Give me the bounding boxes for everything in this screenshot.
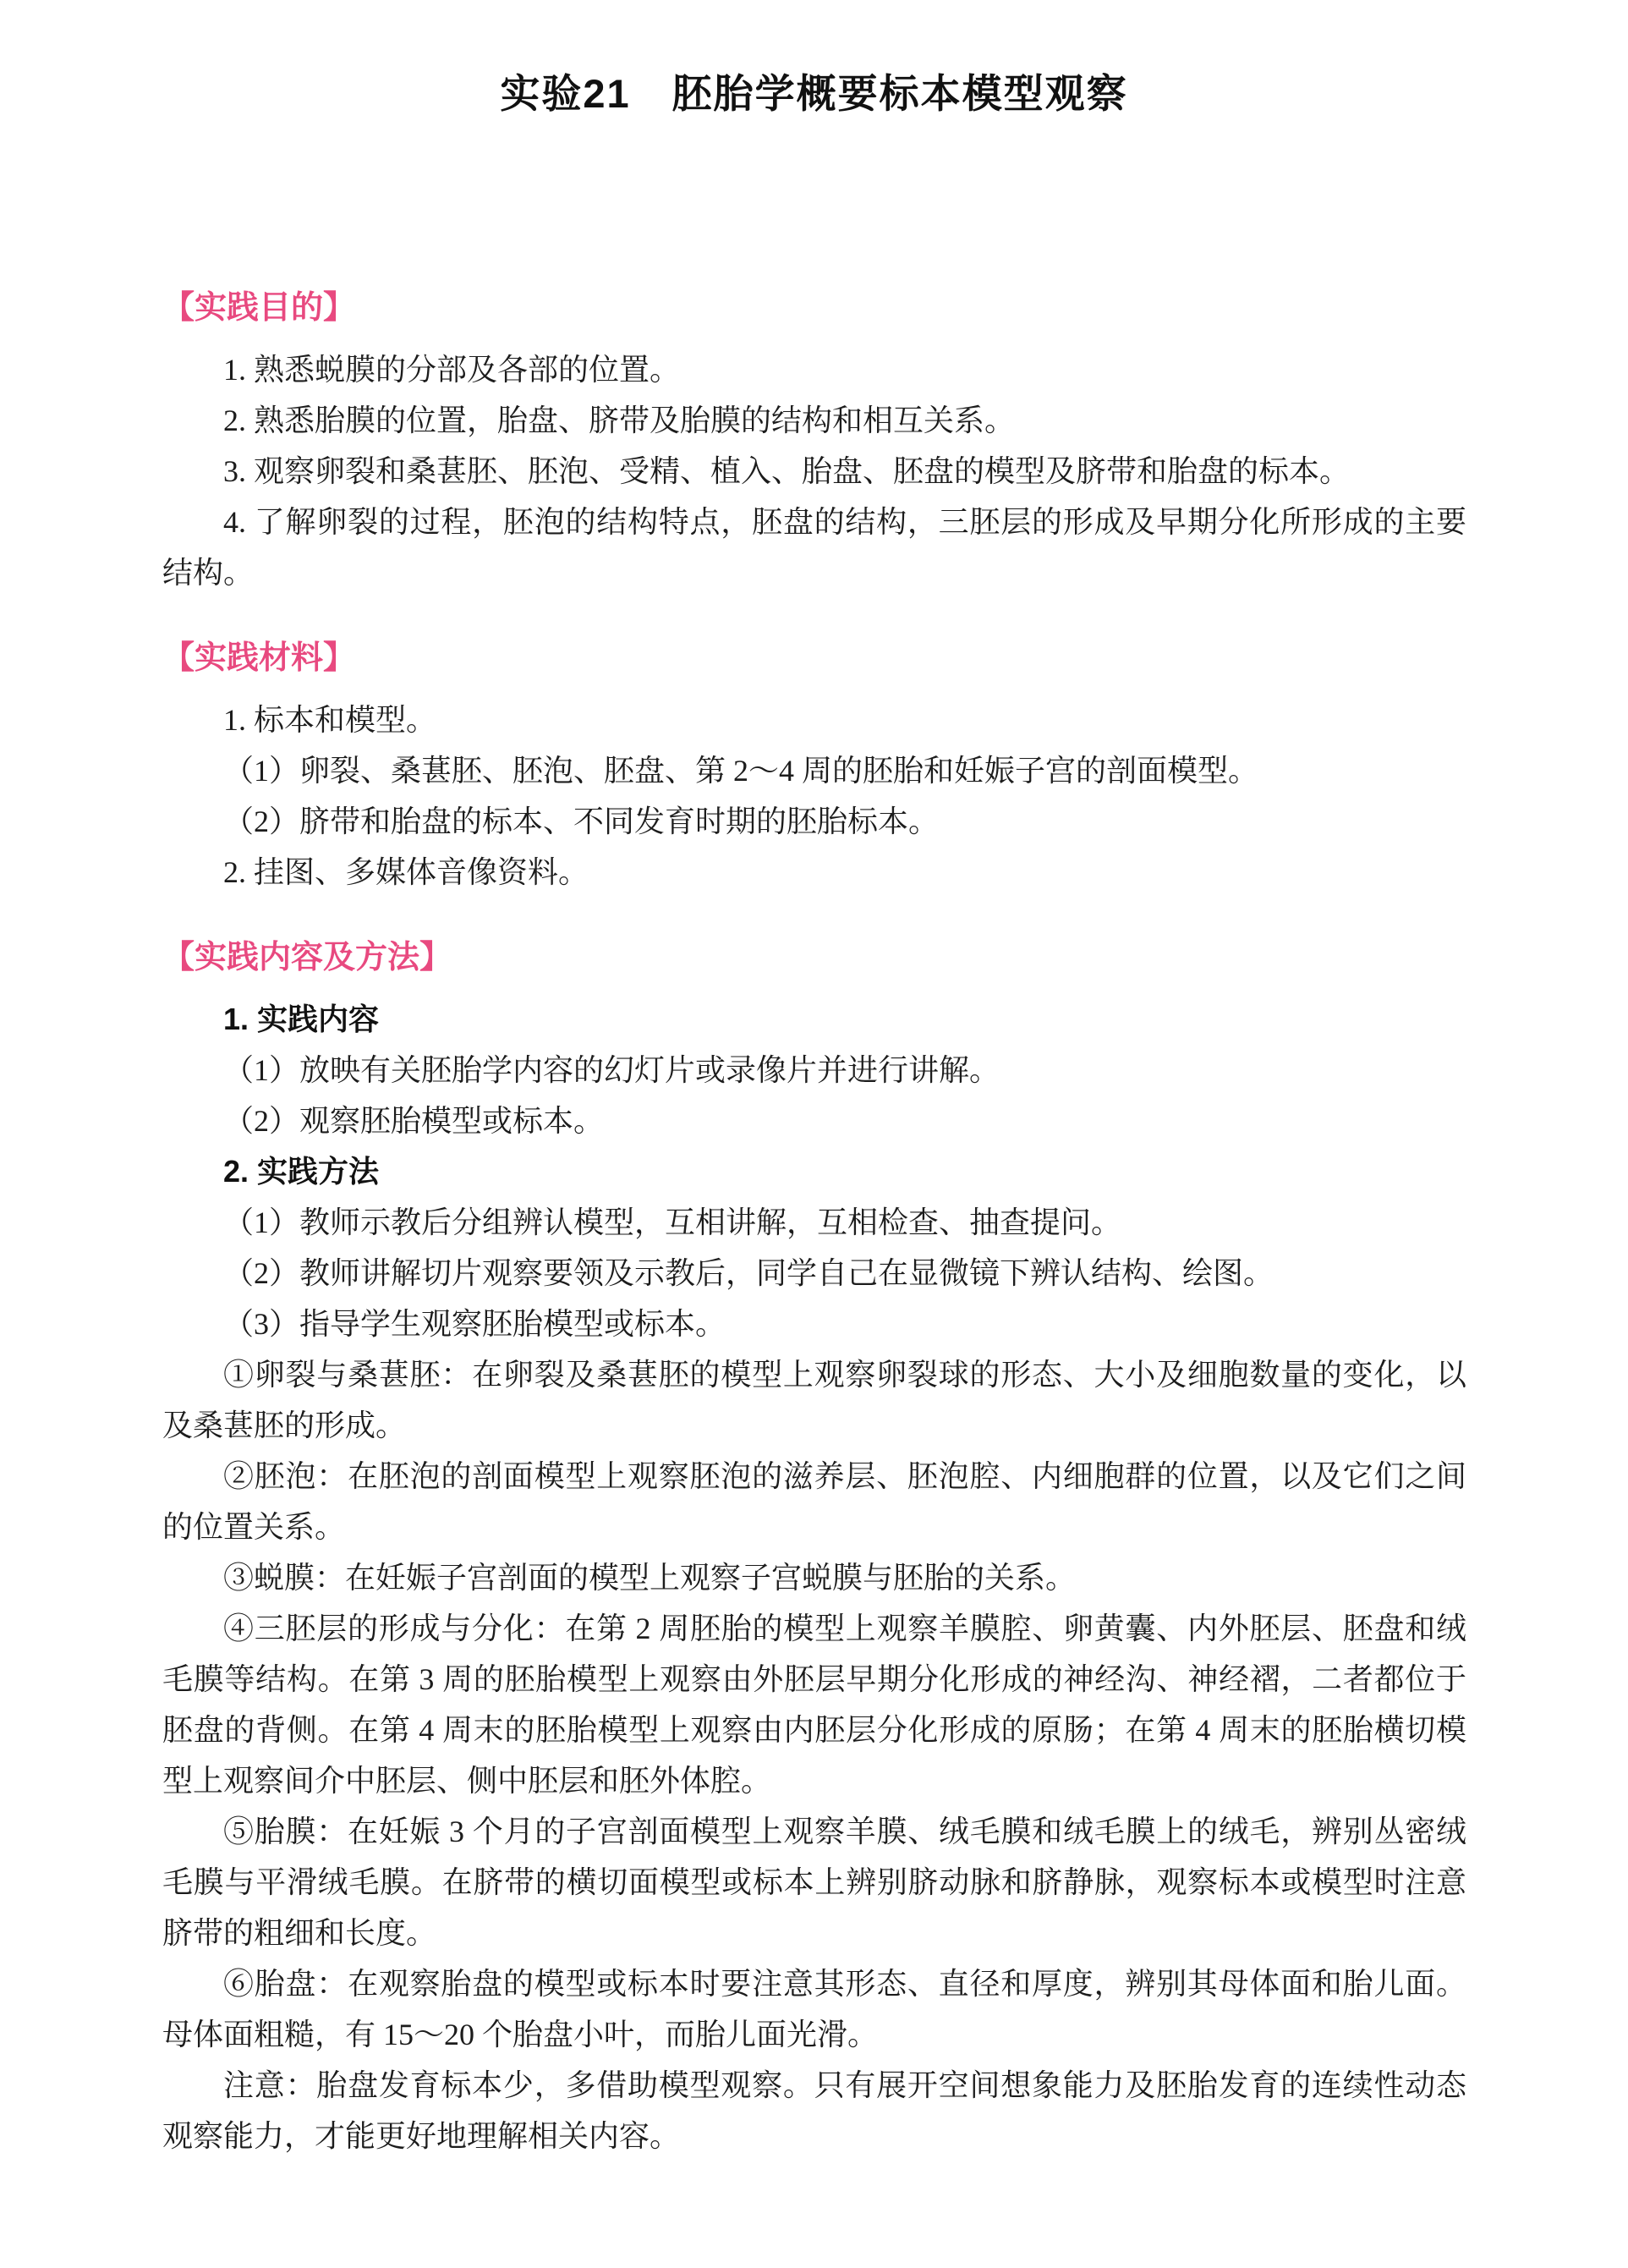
- method-step-2-blastocyst: ②胚泡：在胚泡的剖面模型上观察胚泡的滋养层、胚泡腔、内细胞群的位置，以及它们之间…: [162, 1451, 1466, 1552]
- objective-item-2: 2. 熟悉胎膜的位置，胎盘、脐带及胎膜的结构和相互关系。: [162, 395, 1466, 446]
- document-body: 【实践目的】 1. 熟悉蜕膜的分部及各部的位置。 2. 熟悉胎膜的位置，胎盘、脐…: [162, 288, 1466, 2161]
- section-heading-practice-content-methods: 【实践内容及方法】: [162, 938, 1466, 977]
- subhead-practice-content: 1. 实践内容: [162, 994, 1466, 1045]
- method-step-4-germ-layers: ④三胚层的形成与分化：在第 2 周胚胎的模型上观察羊膜腔、卵黄囊、内外胚层、胚盘…: [162, 1603, 1466, 1806]
- material-item-2: 2. 挂图、多媒体音像资料。: [162, 847, 1466, 898]
- material-item-1-2: （2）脐带和胎盘的标本、不同发育时期的胚胎标本。: [162, 796, 1466, 847]
- section-heading-practice-objectives: 【实践目的】: [162, 288, 1466, 327]
- subhead-practice-method: 2. 实践方法: [162, 1146, 1466, 1197]
- method-item-3: （3）指导学生观察胚胎模型或标本。: [162, 1299, 1466, 1349]
- content-item-2: （2）观察胚胎模型或标本。: [162, 1096, 1466, 1146]
- method-step-1-cleavage-morula: ①卵裂与桑葚胚：在卵裂及桑葚胚的模型上观察卵裂球的形态、大小及细胞数量的变化，以…: [162, 1349, 1466, 1451]
- method-step-6-placenta: ⑥胎盘：在观察胎盘的模型或标本时要注意其形态、直径和厚度，辨别其母体面和胎儿面。…: [162, 1958, 1466, 2060]
- method-item-1: （1）教师示教后分组辨认模型，互相讲解，互相检查、抽查提问。: [162, 1197, 1466, 1248]
- note-paragraph: 注意：胎盘发育标本少，多借助模型观察。只有展开空间想象能力及胚胎发育的连续性动态…: [162, 2060, 1466, 2161]
- objective-item-4: 4. 了解卵裂的过程，胚泡的结构特点，胚盘的结构，三胚层的形成及早期分化所形成的…: [162, 497, 1466, 598]
- content-item-1: （1）放映有关胚胎学内容的幻灯片或录像片并进行讲解。: [162, 1045, 1466, 1096]
- objective-item-3: 3. 观察卵裂和桑葚胚、胚泡、受精、植入、胎盘、胚盘的模型及脐带和胎盘的标本。: [162, 446, 1466, 497]
- material-item-1: 1. 标本和模型。: [162, 695, 1466, 745]
- method-item-2: （2）教师讲解切片观察要领及示教后，同学自己在显微镜下辨认结构、绘图。: [162, 1248, 1466, 1299]
- section-heading-practice-materials: 【实践材料】: [162, 639, 1466, 678]
- page-title: 实验21 胚胎学概要标本模型观察: [0, 63, 1628, 119]
- method-step-3-decidua: ③蜕膜：在妊娠子宫剖面的模型上观察子宫蜕膜与胚胎的关系。: [162, 1552, 1466, 1603]
- document-page: 实验21 胚胎学概要标本模型观察 【实践目的】 1. 熟悉蜕膜的分部及各部的位置…: [0, 0, 1628, 2268]
- objective-item-1: 1. 熟悉蜕膜的分部及各部的位置。: [162, 344, 1466, 395]
- material-item-1-1: （1）卵裂、桑葚胚、胚泡、胚盘、第 2～4 周的胚胎和妊娠子宫的剖面模型。: [162, 745, 1466, 796]
- method-step-5-fetal-membranes: ⑤胎膜：在妊娠 3 个月的子宫剖面模型上观察羊膜、绒毛膜和绒毛膜上的绒毛，辨别丛…: [162, 1806, 1466, 1958]
